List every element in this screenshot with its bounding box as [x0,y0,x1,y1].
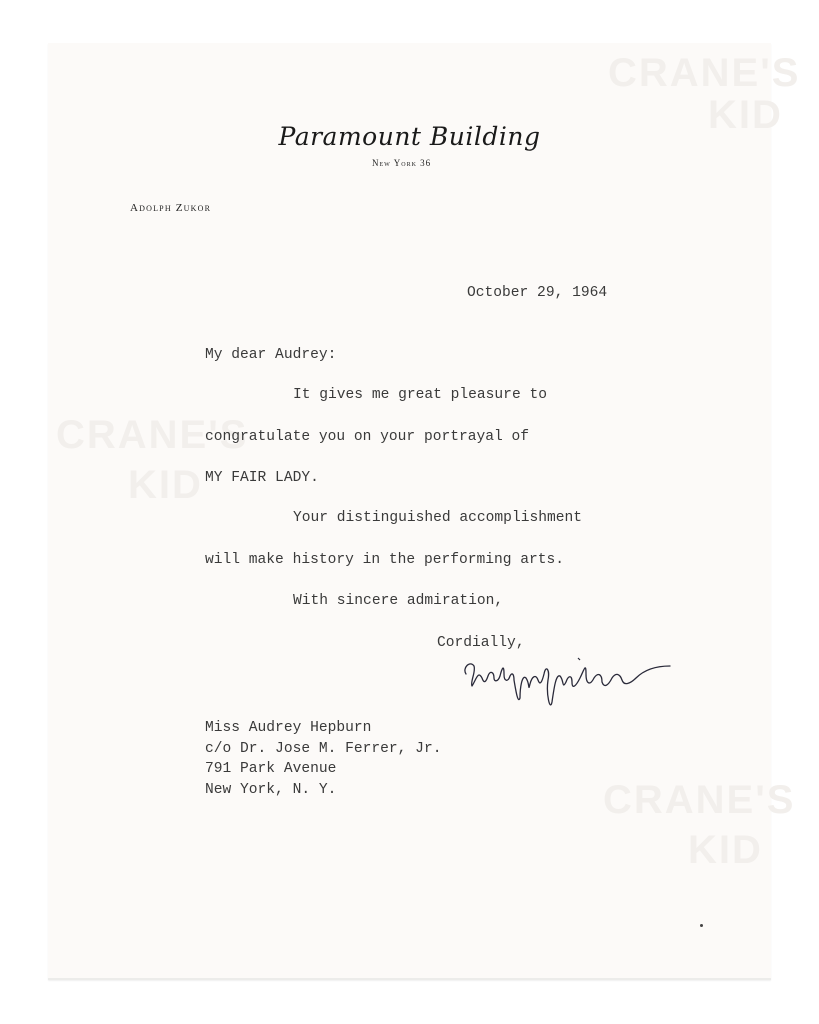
body-line: With sincere admiration, [293,594,503,609]
watermark-kid-left: KID [128,463,203,508]
body-line: congratulate you on your portrayal of [205,430,529,445]
body-line: MY FAIR LADY. [205,471,319,486]
body-line: It gives me great pleasure to [293,388,547,403]
signature [460,652,720,724]
salutation: My dear Audrey: [205,348,336,363]
letterhead-title: Paramount Building [0,122,819,151]
watermark-cranes-bottom: CRANE'S [603,778,795,823]
recipient-line: 791 Park Avenue [205,762,336,777]
watermark-cranes-top: CRANE'S [608,51,800,96]
body-line: will make history in the performing arts… [205,553,564,568]
letter-date: October 29, 1964 [467,286,607,301]
recipient-line: Miss Audrey Hepburn [205,721,371,736]
closing: Cordially, [437,636,525,651]
letterhead-subtitle: New York 36 [372,158,431,168]
paper-speck [700,924,703,927]
watermark-kid-bottom: KID [688,828,763,873]
body-line: Your distinguished accomplishment [293,511,582,526]
recipient-line: c/o Dr. Jose M. Ferrer, Jr. [205,742,441,757]
recipient-line: New York, N. Y. [205,783,336,798]
sender-name: Adolph Zukor [130,202,211,214]
